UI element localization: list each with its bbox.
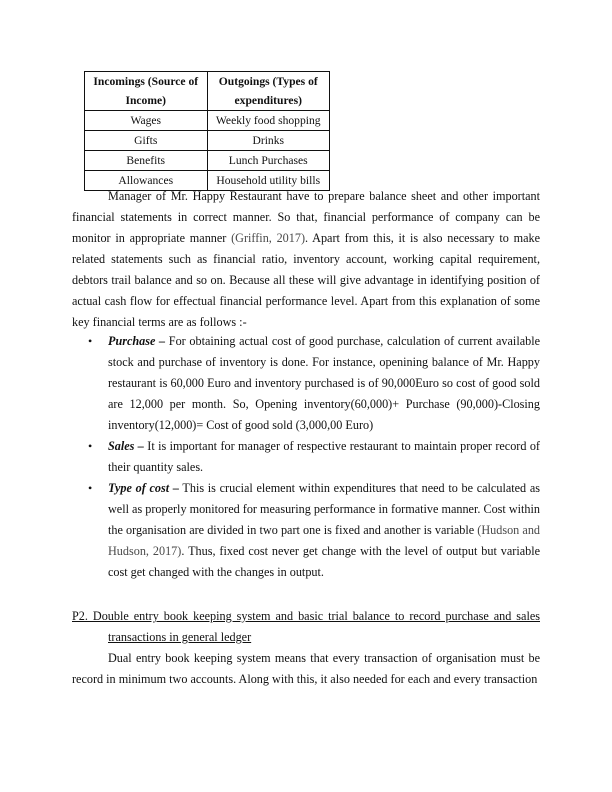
table-cell: Benefits — [85, 151, 208, 171]
section-heading-p2: P2. Double entry book keeping system and… — [72, 606, 540, 648]
intro-paragraph: Manager of Mr. Happy Restaurant have to … — [72, 186, 540, 333]
income-expenditure-table: Incomings (Source of Income) Outgoings (… — [84, 71, 330, 191]
bullet-icon: • — [88, 478, 92, 499]
key-terms-list: •Purchase – For obtaining actual cost of… — [72, 331, 540, 583]
table-cell: Wages — [85, 111, 208, 131]
table-cell: Weekly food shopping — [207, 111, 330, 131]
table-header-outgoings: Outgoings (Types of expenditures) — [207, 72, 330, 111]
term-description: For obtaining actual cost of good purcha… — [108, 334, 540, 432]
table-header-incomings: Incomings (Source of Income) — [85, 72, 208, 111]
term-label: Purchase – — [108, 334, 165, 348]
list-item-type-of-cost: •Type of cost – This is crucial element … — [72, 478, 540, 583]
term-label: Sales – — [108, 439, 144, 453]
term-description: It is important for manager of respectiv… — [108, 439, 540, 474]
table-row: Wages Weekly food shopping — [85, 111, 330, 131]
intro-text-continued: . Apart from this, it is also necessary … — [72, 231, 540, 329]
document-page: Incomings (Source of Income) Outgoings (… — [0, 0, 612, 792]
citation-griffin: (Griffin, 2017) — [231, 231, 305, 245]
list-item-purchase: •Purchase – For obtaining actual cost of… — [72, 331, 540, 436]
table-row: Gifts Drinks — [85, 131, 330, 151]
term-label: Type of cost – — [108, 481, 179, 495]
table-cell: Gifts — [85, 131, 208, 151]
section-paragraph: Dual entry book keeping system means tha… — [72, 648, 540, 690]
bullet-icon: • — [88, 436, 92, 457]
table-header-row: Incomings (Source of Income) Outgoings (… — [85, 72, 330, 111]
list-item-sales: •Sales – It is important for manager of … — [72, 436, 540, 478]
table-cell: Lunch Purchases — [207, 151, 330, 171]
table-row: Benefits Lunch Purchases — [85, 151, 330, 171]
bullet-icon: • — [88, 331, 92, 352]
table-cell: Drinks — [207, 131, 330, 151]
